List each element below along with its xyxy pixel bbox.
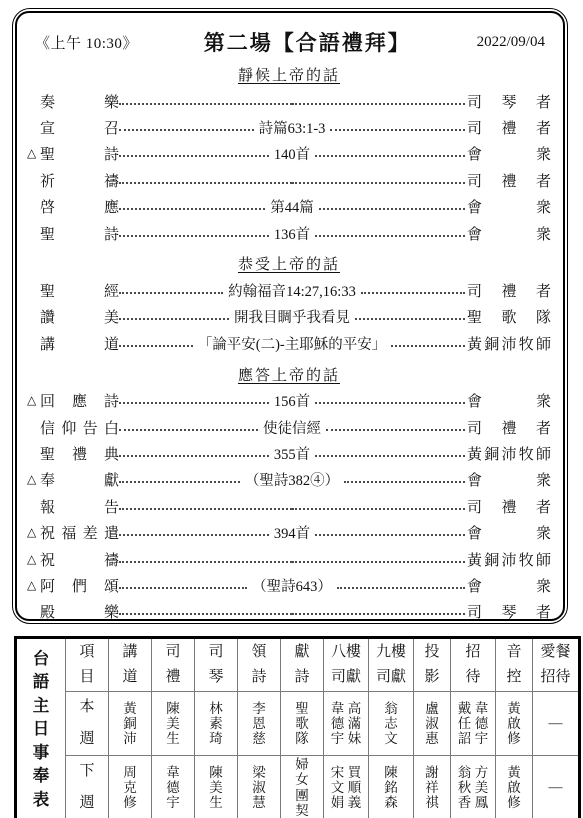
duty-col-header-sermon: 講 道 [109, 638, 152, 692]
section-heading: 應答上帝的話 [27, 364, 551, 385]
leader-dots [315, 232, 465, 237]
item-role: 黃銅沛牧師 [467, 443, 551, 464]
program-header: 《上午 10:30》 第二場【合語禮拜】 2022/09/04 [27, 25, 551, 57]
item-prefix: △ [27, 578, 40, 593]
duty-name: 買順義 [347, 765, 362, 810]
leader-dots [337, 584, 465, 589]
item-label: 祝福差遣 [40, 522, 119, 543]
item-detail: 第44篇 [265, 196, 319, 217]
section-heading: 靜候上帝的話 [27, 64, 551, 85]
item-label: 祈禱 [40, 170, 119, 191]
leader-dots [119, 100, 292, 105]
item-role: 司琴者 [467, 91, 551, 112]
leader-dots [344, 478, 465, 483]
order-item: 奏樂 司琴者 [27, 88, 551, 114]
leader-dots [292, 558, 465, 563]
item-label: 奉獻 [40, 469, 119, 490]
duty-cell: 黃啟修 [496, 756, 533, 818]
order-item: △ 祝福差遣 394首 會衆 [27, 519, 551, 545]
duty-name: 宋文娟 [330, 765, 345, 810]
item-label: 奏樂 [40, 91, 119, 112]
item-label: 講道 [40, 333, 119, 354]
duty-cell: 韋德宇戴任詔 [451, 692, 496, 756]
item-label: 聖詩 [40, 223, 119, 244]
item-prefix: △ [27, 146, 40, 161]
leader-dots [119, 610, 292, 615]
leader-dots [119, 505, 292, 510]
order-item: 宣召 詩篇63:1-3 司禮者 [27, 114, 551, 140]
leader-dots [292, 505, 465, 510]
duty-name: 林素琦 [209, 701, 224, 746]
item-role: 會衆 [467, 575, 551, 596]
duty-name: 李恩慈 [252, 701, 267, 746]
leader-dots [292, 179, 465, 184]
duty-name: 周克修 [123, 765, 138, 810]
item-detail: 約翰福音14:27,16:33 [223, 280, 361, 301]
duty-name: 陳銘森 [384, 765, 399, 810]
duty-col-header-ushers: 招 待 [451, 638, 496, 692]
leader-dots [319, 205, 465, 210]
duty-col-header-anthem: 獻 詩 [281, 638, 324, 692]
duty-table-title: 台語主日事奉表 [32, 647, 51, 811]
item-role: 聖歌隊 [467, 306, 551, 327]
duty-cell: 李恩慈 [238, 692, 281, 756]
item-role: 司禮者 [467, 280, 551, 301]
duty-cell: 謝祥祺 [414, 756, 451, 818]
duty-name: 戴任詔 [457, 701, 472, 746]
order-item: △ 回應詩 156首 會衆 [27, 388, 551, 414]
duty-cell: 周克修 [109, 756, 152, 818]
duty-cell: 梁淑慧 [238, 756, 281, 818]
leader-dots [119, 342, 193, 347]
leader-dots [119, 126, 254, 131]
duty-cell: 方美鳳翁秋香 [451, 756, 496, 818]
duty-col-header-sound: 音 控 [496, 638, 533, 692]
item-role: 會衆 [467, 196, 551, 217]
item-label: 讚美 [40, 306, 119, 327]
duty-name: 翁秋香 [457, 765, 472, 810]
duty-table: 台語主日事奉表 項 目 講 道 司 禮 司 琴 領 詩 獻 詩 八樓 司獻 九樓… [14, 636, 581, 818]
duty-col-header-8f-offering: 八樓 司獻 [324, 638, 369, 692]
order-item: △ 阿們頌 （聖詩643） 會衆 [27, 572, 551, 598]
duty-name: 黃啟修 [507, 701, 522, 746]
leader-dots [119, 179, 292, 184]
duty-name: 韋德宇 [474, 701, 489, 746]
duty-col-header-item: 項 目 [66, 638, 109, 692]
order-item: 聖經 約翰福音14:27,16:33 司禮者 [27, 277, 551, 303]
duty-name: 謝祥祺 [425, 765, 440, 810]
leader-dots [315, 399, 465, 404]
order-item: 講道 「論平安(二)-主耶穌的平安」 黃銅沛牧師 [27, 330, 551, 356]
leader-dots [119, 426, 258, 431]
item-label: 聖禮典 [40, 443, 119, 464]
worship-order-inner: 《上午 10:30》 第二場【合語禮拜】 2022/09/04 靜候上帝的話 奏… [15, 11, 565, 621]
page-title: 第二場【合語禮拜】 [204, 27, 411, 57]
leader-dots [119, 478, 240, 483]
item-label: 聖詩 [40, 143, 119, 164]
leader-dots [355, 315, 465, 320]
item-prefix: △ [27, 525, 40, 540]
duty-cell: 陳銘森 [369, 756, 414, 818]
order-item: 祈禱 司禮者 [27, 167, 551, 193]
duty-name: — [549, 716, 563, 731]
item-role: 會衆 [467, 469, 551, 490]
duty-cell: 黃銅沛 [109, 692, 152, 756]
duty-name: 聖歌隊 [295, 701, 310, 746]
leader-dots [391, 342, 465, 347]
item-label: 報告 [40, 496, 119, 517]
item-detail: （聖詩643） [247, 575, 337, 596]
item-role: 會衆 [467, 143, 551, 164]
leader-dots [292, 610, 465, 615]
leader-dots [119, 315, 229, 320]
duty-cell: 買順義宋文娟 [324, 756, 369, 818]
item-detail: 詩篇63:1-3 [254, 117, 331, 138]
duty-cell: 林素琦 [195, 692, 238, 756]
duty-cell: — [533, 756, 580, 818]
service-date: 2022/09/04 [477, 34, 545, 51]
duty-row-next-week: 下 週 周克修 韋德宇 陳美生 梁淑慧 婦女團契 買順義宋文娟 陳銘森 謝祥祺 … [16, 756, 580, 818]
item-detail: 355首 [269, 443, 315, 464]
duty-row-this-week: 本 週 黃銅沛 陳美生 林素琦 李恩慈 聖歌隊 高滿妹韋德宇 翁志文 盧淑惠 韋… [16, 692, 580, 756]
leader-dots [330, 126, 465, 131]
item-role: 司禮者 [467, 417, 551, 438]
section-heading: 恭受上帝的話 [27, 253, 551, 274]
leader-dots [119, 558, 292, 563]
item-label: 殿樂 [40, 601, 119, 621]
item-label: 回應詩 [40, 390, 119, 411]
item-detail: 140首 [269, 143, 315, 164]
duty-col-header-9f-offering: 九樓 司獻 [369, 638, 414, 692]
item-role: 會衆 [467, 390, 551, 411]
duty-row-label: 下 週 [66, 756, 109, 818]
item-role: 會衆 [467, 522, 551, 543]
duty-col-header-song-leader: 領 詩 [238, 638, 281, 692]
item-detail: 使徒信經 [258, 417, 326, 438]
item-label: 聖經 [40, 280, 119, 301]
leader-dots [119, 584, 247, 589]
duty-name: 盧淑惠 [425, 701, 440, 746]
leader-dots [119, 531, 269, 536]
duty-name: 婦女團契 [295, 757, 310, 817]
leader-dots [361, 289, 465, 294]
duty-roster-table: 台語主日事奉表 項 目 講 道 司 禮 司 琴 領 詩 獻 詩 八樓 司獻 九樓… [14, 636, 564, 818]
item-role: 會衆 [467, 223, 551, 244]
item-role: 黃銅沛牧師 [467, 333, 551, 354]
duty-name: 黃銅沛 [123, 701, 138, 746]
leader-dots [326, 426, 465, 431]
duty-name: 陳美生 [209, 765, 224, 810]
duty-cell: 陳美生 [152, 692, 195, 756]
leader-dots [315, 531, 465, 536]
order-item: △ 祝禱 黃銅沛牧師 [27, 546, 551, 572]
duty-name: 梁淑慧 [252, 765, 267, 810]
duty-name: — [549, 780, 563, 795]
item-detail: 「論平安(二)-主耶穌的平安」 [193, 333, 392, 354]
leader-dots [119, 452, 269, 457]
leader-dots [119, 232, 269, 237]
item-role: 司禮者 [467, 496, 551, 517]
item-prefix: △ [27, 472, 40, 487]
item-detail: 136首 [269, 223, 315, 244]
order-item: 殿樂 司琴者 [27, 599, 551, 621]
item-role: 司禮者 [467, 117, 551, 138]
duty-col-header-pianist: 司 琴 [195, 638, 238, 692]
item-label: 祝禱 [40, 549, 119, 570]
service-time: 《上午 10:30》 [35, 32, 138, 53]
duty-col-header-projection: 投 影 [414, 638, 451, 692]
order-item: 信仰告白 使徒信經 司禮者 [27, 414, 551, 440]
order-item: 啓應 第44篇 會衆 [27, 194, 551, 220]
duty-cell: — [533, 692, 580, 756]
order-item: 聖詩 136首 會衆 [27, 220, 551, 246]
duty-row-label: 本 週 [66, 692, 109, 756]
duty-cell: 黃啟修 [496, 692, 533, 756]
item-prefix: △ [27, 552, 40, 567]
item-label: 啓應 [40, 196, 119, 217]
order-item: 讚美 開我目睭乎我看見 聖歌隊 [27, 304, 551, 330]
item-detail: 開我目睭乎我看見 [229, 306, 355, 327]
item-role: 司禮者 [467, 170, 551, 191]
leader-dots [119, 152, 269, 157]
duty-name: 方美鳳 [474, 765, 489, 810]
duty-name: 黃啟修 [507, 765, 522, 810]
duty-cell: 高滿妹韋德宇 [324, 692, 369, 756]
item-detail: 156首 [269, 390, 315, 411]
duty-name: 韋德宇 [330, 701, 345, 746]
order-item: △ 聖詩 140首 會衆 [27, 141, 551, 167]
item-role: 黃銅沛牧師 [467, 549, 551, 570]
leader-dots [119, 205, 265, 210]
leader-dots [119, 399, 269, 404]
duty-cell: 陳美生 [195, 756, 238, 818]
duty-name: 高滿妹 [347, 701, 362, 746]
duty-cell: 聖歌隊 [281, 692, 324, 756]
duty-name: 翁志文 [384, 701, 399, 746]
item-label: 阿們頌 [40, 575, 119, 596]
duty-table-title-cell: 台語主日事奉表 [16, 638, 66, 818]
duty-name: 韋德宇 [166, 765, 181, 810]
item-detail: 394首 [269, 522, 315, 543]
duty-name: 陳美生 [166, 701, 181, 746]
leader-dots [315, 152, 465, 157]
order-item: 聖禮典 355首 黃銅沛牧師 [27, 440, 551, 466]
item-label: 宣召 [40, 117, 119, 138]
duty-col-header-meal-ushers: 愛餐 招待 [533, 638, 580, 692]
duty-cell: 翁志文 [369, 692, 414, 756]
leader-dots [292, 100, 465, 105]
duty-cell: 婦女團契 [281, 756, 324, 818]
duty-col-header-liturgist: 司 禮 [152, 638, 195, 692]
item-role: 司琴者 [467, 601, 551, 621]
item-detail: （聖詩382④） [240, 469, 344, 490]
leader-dots [119, 289, 223, 294]
duty-cell: 韋德宇 [152, 756, 195, 818]
order-item: 報告 司禮者 [27, 493, 551, 519]
worship-order-box: 《上午 10:30》 第二場【合語禮拜】 2022/09/04 靜候上帝的話 奏… [12, 8, 568, 624]
item-prefix: △ [27, 393, 40, 408]
leader-dots [315, 452, 465, 457]
duty-cell: 盧淑惠 [414, 692, 451, 756]
order-item: △ 奉獻 （聖詩382④） 會衆 [27, 467, 551, 493]
item-label: 信仰告白 [40, 417, 119, 438]
